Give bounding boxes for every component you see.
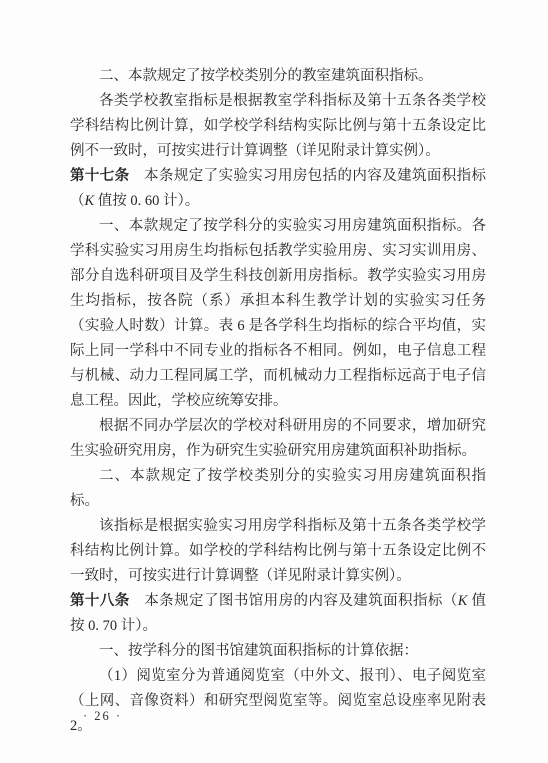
text-run: 根据不同办学层次的学校对科研用房的不同要求，增加研究生实验研究用房，作为研究生实… [70,418,486,459]
para-classroom-school-type-index: 二、本款规定了按学校类别分的教室建筑面积指标。 [70,64,486,89]
text-run: 该指标是根据实验实习用房学科指标及第十五条各类学校学科结构比例计算。如学校的学科… [70,518,486,584]
text-run: 各类学校教室指标是根据教室学科指标及第十五条各类学校学科结构比例计算，如学校学科… [70,93,486,159]
page-number: · 26 · [83,707,122,725]
math-variable-K: K [85,193,95,209]
article-number: 第十八条 [70,593,130,609]
text-run: 一、本款规定了按学科分的实验实习用房建筑面积指标。各学科实验实习用房生均指标包括… [70,218,486,409]
para-article-18: 第十八条本条规定了图书馆用房的内容及建筑面积指标（K 值按 0. 70 计）。 [70,589,486,639]
para-lab-subject-index: 一、本款规定了按学科分的实验实习用房建筑面积指标。各学科实验实习用房生均指标包括… [70,214,486,414]
text-run: 二、本款规定了按学校类别分的教室建筑面积指标。 [99,68,433,84]
document-body: 二、本款规定了按学校类别分的教室建筑面积指标。各类学校教室指标是根据教室学科指标… [70,64,486,739]
text-run: 本条规定了图书馆用房的内容及建筑面积指标（ [144,593,458,609]
para-library-basis: 一、按学科分的图书馆建筑面积指标的计算依据： [70,639,486,664]
para-reading-rooms: （1）阅览室分为普通阅览室（中外文、报刊）、电子阅览室（上网、音像资料）和研究型… [70,664,486,739]
document-page: 二、本款规定了按学校类别分的教室建筑面积指标。各类学校教室指标是根据教室学科指标… [0,0,548,763]
para-grad-research-supplement: 根据不同办学层次的学校对科研用房的不同要求，增加研究生实验研究用房，作为研究生实… [70,414,486,464]
article-number: 第十七条 [70,168,130,184]
para-lab-school-type-index: 二、本款规定了按学校类别分的实验实习用房建筑面积指标。 [70,464,486,514]
text-run: 二、本款规定了按学校类别分的实验实习用房建筑面积指标。 [70,468,486,509]
para-article-17: 第十七条本条规定了实验实习用房包括的内容及建筑面积指标（K 值按 0. 60 计… [70,164,486,214]
text-run: （1）阅览室分为普通阅览室（中外文、报刊）、电子阅览室（上网、音像资料）和研究型… [70,668,486,734]
text-run: 一、按学科分的图书馆建筑面积指标的计算依据： [99,643,418,659]
para-lab-calculation: 该指标是根据实验实习用房学科指标及第十五条各类学校学科结构比例计算。如学校的学科… [70,514,486,589]
para-classroom-calculation: 各类学校教室指标是根据教室学科指标及第十五条各类学校学科结构比例计算，如学校学科… [70,89,486,164]
text-run: 值按 0. 60 计）。 [94,193,199,209]
math-variable-K: K [458,593,468,609]
